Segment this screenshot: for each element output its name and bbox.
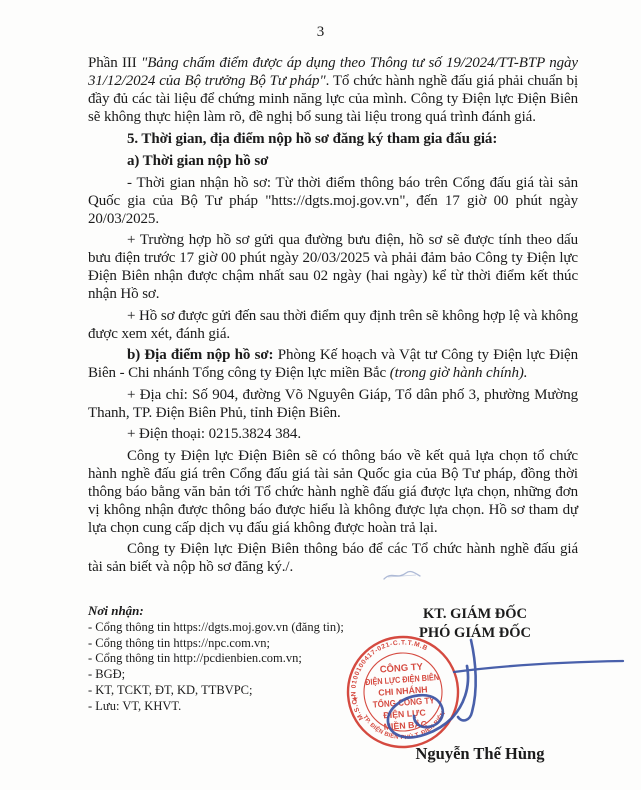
- recipients-block: Nơi nhận: - Cổng thông tin https://dgts.…: [88, 603, 368, 715]
- paragraph-ho-so-muon: + Hồ sơ được gửi đến sau thời điểm quy đ…: [88, 307, 578, 343]
- paragraph-phan-iii: Phần III "Bảng chấm điểm được áp dụng th…: [88, 54, 578, 126]
- heading-section-5: 5. Thời gian, địa điểm nộp hồ sơ đăng ký…: [88, 130, 578, 148]
- paragraph-run-bold: b) Địa điểm nộp hồ sơ:: [127, 347, 278, 363]
- document-body: Phần III "Bảng chấm điểm được áp dụng th…: [88, 54, 578, 580]
- paragraph-dia-diem: b) Địa điểm nộp hồ sơ: Phòng Kế hoạch và…: [88, 346, 578, 382]
- document-page: 3 Phần III "Bảng chấm điểm được áp dụng …: [0, 0, 641, 790]
- paragraph-run: Phần III: [88, 55, 141, 71]
- signature-loop-stroke: [388, 666, 468, 737]
- signature-title-line1: KT. GIÁM ĐỐC: [355, 605, 595, 624]
- paragraph-ket-qua: Công ty Điện lực Điện Biên sẽ có thông b…: [88, 447, 578, 537]
- recipients-title: Nơi nhận:: [88, 603, 368, 619]
- handwritten-signature: [350, 628, 635, 753]
- recipient-item: - BGĐ;: [88, 667, 368, 683]
- recipient-item: - KT, TCKT, ĐT, KD, TTBVPC;: [88, 683, 368, 699]
- paragraph-dien-thoai: + Điện thoại: 0215.3824 384.: [88, 425, 578, 443]
- recipient-item: - Cổng thông tin http://pcdienbien.com.v…: [88, 651, 368, 667]
- signature-horizontal-stroke: [454, 661, 623, 672]
- recipient-item: - Cổng thông tin https://dgts.moj.gov.vn…: [88, 620, 368, 636]
- recipient-item: - Lưu: VT, KHVT.: [88, 699, 368, 715]
- paraph-mark: [382, 567, 422, 585]
- paragraph-run-italic: (trong giờ hành chính).: [390, 365, 528, 381]
- paragraph-buu-dien: + Trường hợp hồ sơ gửi qua đường bưu điệ…: [88, 231, 578, 303]
- paragraph-thoi-gian-nhan: - Thời gian nhận hồ sơ: Từ thời điểm thô…: [88, 174, 578, 228]
- paragraph-dia-chi: + Địa chỉ: Số 904, đường Võ Nguyên Giáp,…: [88, 386, 578, 422]
- paragraph-thong-bao: Công ty Điện lực Điện Biên thông báo để …: [88, 540, 578, 576]
- recipient-item: - Cổng thông tin https://npc.com.vn;: [88, 636, 368, 652]
- signer-name: Nguyễn Thế Hùng: [360, 744, 600, 764]
- page-number: 3: [0, 24, 641, 41]
- heading-a-thoi-gian: a) Thời gian nộp hồ sơ: [88, 152, 578, 170]
